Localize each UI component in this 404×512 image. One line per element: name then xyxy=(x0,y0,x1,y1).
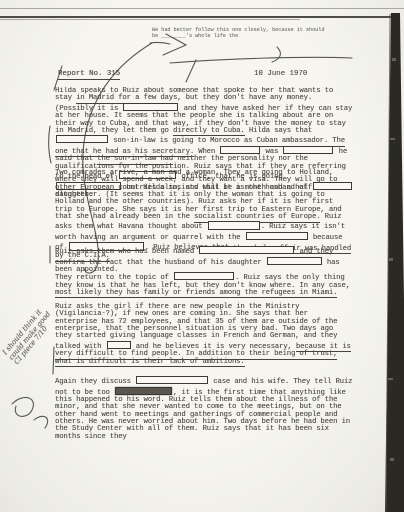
redaction-box xyxy=(220,146,260,154)
redaction-box-dark xyxy=(115,387,172,395)
redaction-box xyxy=(267,257,322,265)
arrow-shaft-stroke xyxy=(150,42,170,44)
scan-artifact-line xyxy=(0,8,404,9)
strip-speck xyxy=(392,58,396,61)
slash-mark xyxy=(186,60,196,82)
redaction-box xyxy=(136,376,208,384)
redaction-box xyxy=(199,246,294,254)
scan-artifact-line xyxy=(0,16,398,18)
strip-speck xyxy=(389,258,393,261)
redaction-box xyxy=(123,103,178,111)
body-text: son-in-law is going to Morocco as xyxy=(109,137,256,145)
report-date: 10 June 1970 xyxy=(254,70,307,78)
margin-bracket-stroke xyxy=(49,126,51,163)
rule-hook-stroke xyxy=(272,47,280,62)
paragraph-5: Ruiz asks the girl if there are new peop… xyxy=(55,304,353,366)
redaction-box xyxy=(56,135,108,143)
underline-rule-stroke xyxy=(170,57,352,63)
redaction-box xyxy=(283,146,333,154)
redaction-box xyxy=(246,232,308,240)
handwritten-margin-note: I should think it could make good CI pie… xyxy=(2,306,58,367)
report-number: Report No. 315 xyxy=(58,70,120,80)
scanned-document-page: We had better follow this one closely, b… xyxy=(0,0,404,512)
strip-edge-highlight xyxy=(386,14,390,512)
typed-top-annotation: We had better follow this one closely, b… xyxy=(152,27,362,39)
top-annotation-line2: be ________'s whole life the xyxy=(152,33,362,39)
pencil-swirl-stroke xyxy=(34,416,48,428)
strip-speck xyxy=(390,138,395,140)
margin-box-stroke xyxy=(53,347,54,374)
strip-speck xyxy=(390,458,394,461)
binder-strip-shape xyxy=(385,13,404,512)
redaction-box xyxy=(107,341,131,349)
scan-artifact-line xyxy=(0,19,300,20)
underlined-text: directly to Cuba. xyxy=(173,127,245,137)
redaction-box xyxy=(174,272,234,280)
body-text: Hilda says that xyxy=(245,127,312,135)
redaction-box xyxy=(208,221,260,229)
pencil-swirl-stroke xyxy=(12,397,33,416)
body-text: Again they discuss xyxy=(55,378,135,386)
body-text: , it is the first time that anything lik… xyxy=(55,389,350,441)
body-text: Ruiz asks them who has been named xyxy=(55,248,198,256)
paragraph-4: They return to the topic of . Ruiz says … xyxy=(55,272,353,297)
strip-speck xyxy=(388,378,393,380)
underlined-text: most likely they has family or friends a… xyxy=(55,289,337,299)
paragraph-6: Again they discuss case and his wife. Th… xyxy=(55,376,353,441)
paragraph-3: Ruiz asks them who has been named and th… xyxy=(55,246,353,274)
